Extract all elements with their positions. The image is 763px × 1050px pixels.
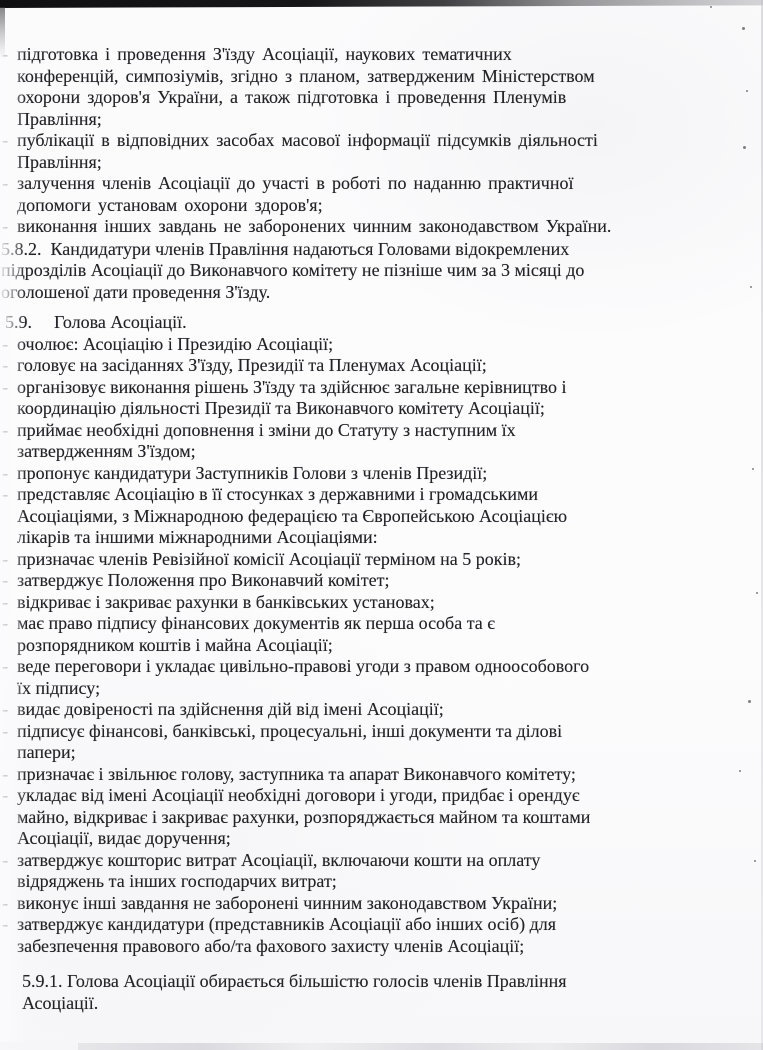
list-item-text: організовує виконання рішень З'їзду та з… [17, 377, 723, 420]
dash-bullet: - [2, 570, 8, 592]
list-item-text: підготовка і проведення З'їзду Асоціації… [17, 44, 723, 130]
scan-speck [748, 700, 751, 703]
list-item: -затверджує Положення про Виконавчий ком… [17, 570, 723, 592]
list-item: -затверджує кошторис витрат Асоціації, в… [17, 850, 723, 893]
list-item: -головує на засіданнях З'їзду, Президії … [17, 355, 723, 377]
list-item-text: залучення членів Асоціації до участі в р… [17, 173, 723, 216]
list-item-text: відкриває і закриває рахунки в банківськ… [17, 592, 723, 614]
scan-speck [710, 6, 712, 8]
bullet-list-chairman-powers: -очолює: Асоціацію і Президію Асоціації;… [17, 334, 723, 958]
list-item: -призначає членів Ревізійної комісії Асо… [17, 549, 723, 571]
list-item: -пропонує кандидатури Заступників Голови… [17, 463, 723, 485]
list-item-text: призначає членів Ревізійної комісії Асоц… [17, 549, 723, 571]
dash-bullet: - [2, 893, 8, 915]
scan-speck [756, 592, 758, 594]
list-item: -залучення членів Асоціації до участі в … [17, 173, 723, 216]
list-item-text: видає довіреності па здійснення дій від … [17, 699, 723, 721]
left-edge-smudge [0, 7, 5, 59]
list-item: -виконання інших завдань не заборонених … [17, 216, 723, 238]
document-text: -підготовка і проведення З'їзду Асоціаці… [17, 44, 723, 1014]
section-5-9-number: 5.9. [5, 312, 32, 332]
dash-bullet: - [2, 914, 8, 936]
top-scan-edge [0, 0, 763, 8]
dash-bullet: - [2, 785, 8, 807]
list-item-text: головує на засіданнях З'їзду, Президії т… [17, 355, 723, 377]
bullet-list-duties: -підготовка і проведення З'їзду Асоціаці… [17, 44, 723, 238]
dash-bullet: - [2, 484, 8, 506]
paragraph-5-8-2: 5.8.2. Кандидатури членів Правління нада… [1, 239, 723, 304]
list-item-text: очолює: Асоціацію і Президію Асоціації; [17, 334, 723, 356]
list-item: -веде переговори і укладає цивільно-прав… [17, 656, 723, 699]
list-item-text: публікації в відповідних засобах масової… [17, 130, 723, 173]
dash-bullet: - [2, 764, 8, 786]
dash-bullet: - [2, 721, 8, 743]
list-item-text: призначає і звільнює голову, заступника … [17, 764, 723, 786]
list-item: -підготовка і проведення З'їзду Асоціаці… [17, 44, 723, 130]
scan-speck [746, 90, 748, 92]
scan-speck [754, 860, 756, 862]
dash-bullet: - [2, 173, 8, 195]
dash-bullet: - [2, 377, 8, 399]
scan-speck [743, 146, 746, 149]
dash-bullet: - [2, 216, 8, 238]
bottom-scan-smudge [78, 1043, 763, 1050]
dash-bullet: - [2, 334, 8, 356]
list-item: -представляє Асоціацію в її стосунках з … [17, 484, 723, 549]
list-item-text: приймає необхідні доповнення і зміни до … [17, 420, 723, 463]
section-5-9-title: Голова Асоціації. [54, 312, 187, 332]
list-item-text: веде переговори і укладає цивільно-право… [17, 656, 723, 699]
dash-bullet: - [2, 656, 8, 678]
scan-speck [750, 286, 752, 288]
scan-speck [739, 770, 741, 772]
list-item-text: підписує фінансові, банківські, процесуа… [17, 721, 723, 764]
dash-bullet: - [2, 549, 8, 571]
list-item-text: виконує інші завдання не заборонені чинн… [17, 893, 723, 915]
list-item: -виконує інші завдання не заборонені чин… [17, 893, 723, 915]
list-item: -відкриває і закриває рахунки в банківсь… [17, 592, 723, 614]
list-item-text: укладає від імені Асоціації необхідні до… [17, 785, 723, 850]
dash-bullet: - [2, 355, 8, 377]
list-item-text: пропонує кандидатури Заступників Голови … [17, 463, 723, 485]
list-item-text: має право підпису фінансових документів … [17, 613, 723, 656]
list-item: -затверджує кандидатури (представників А… [17, 914, 723, 957]
dash-bullet: - [2, 130, 8, 152]
list-item-text: затверджує Положення про Виконавчий комі… [17, 570, 723, 592]
dash-bullet: - [2, 699, 8, 721]
list-item-text: затверджує кошторис витрат Асоціації, вк… [17, 850, 723, 893]
paragraph-5-9-1: 5.9.1. Голова Асоціації обирається більш… [22, 971, 723, 1014]
section-5-9-heading: 5.9.Голова Асоціації. [5, 312, 723, 334]
list-item-text: представляє Асоціацію в її стосунках з д… [17, 484, 723, 549]
list-item: -організовує виконання рішень З'їзду та … [17, 377, 723, 420]
list-item: -укладає від імені Асоціації необхідні д… [17, 785, 723, 850]
list-item-text: затверджує кандидатури (представників Ас… [17, 914, 723, 957]
dash-bullet: - [2, 613, 8, 635]
document-page: -підготовка і проведення З'їзду Асоціаці… [0, 0, 763, 1050]
list-item: -публікації в відповідних засобах масово… [17, 130, 723, 173]
list-item-text: виконання інших завдань не заборонених ч… [17, 216, 723, 238]
dash-bullet: - [2, 850, 8, 872]
list-item: -приймає необхідні доповнення і зміни до… [17, 420, 723, 463]
scan-speck [742, 27, 745, 30]
dash-bullet: - [2, 592, 8, 614]
scan-speck [752, 468, 754, 470]
dash-bullet: - [2, 420, 8, 442]
dash-bullet: - [2, 463, 8, 485]
list-item: -видає довіреності па здійснення дій від… [17, 699, 723, 721]
list-item: -має право підпису фінансових документів… [17, 613, 723, 656]
list-item: -призначає і звільнює голову, заступника… [17, 764, 723, 786]
list-item: -підписує фінансові, банківські, процесу… [17, 721, 723, 764]
list-item: -очолює: Асоціацію і Президію Асоціації; [17, 334, 723, 356]
